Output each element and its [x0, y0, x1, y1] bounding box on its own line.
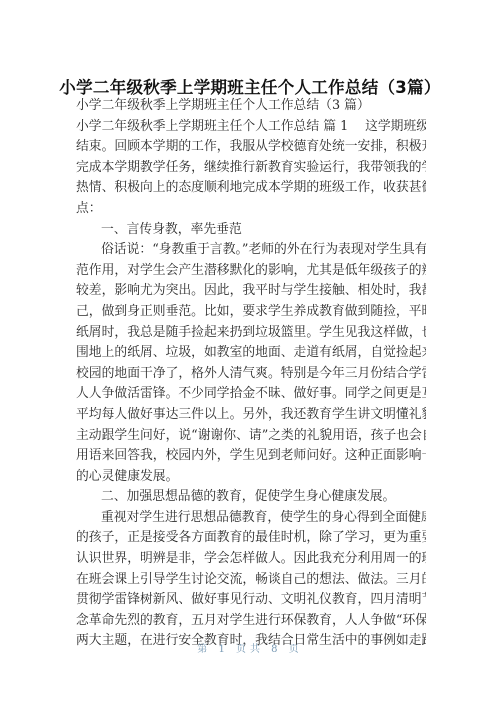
text-line: 认识世界，明辨是非，学会怎样做人。因此我充分利用周一的班队会教育课， [76, 549, 426, 570]
text-line: 小学二年级秋季上学期班主任个人工作总结 篇 1 这学期班级教学工作即将 [76, 117, 426, 138]
text-line: 二、加强思想品德的教育，促使学生身心健康发展。 [76, 487, 426, 508]
text-line: 己，做到身正则垂范。比如，要求学生养成教育做到随捡，平时，看到地上有 [76, 302, 426, 323]
text-line: 俗话说：“身教重于言教。”老师的外在行为表现对学生具有一种榜样和示 [76, 240, 426, 261]
text-line: 围地上的纸屑、垃圾，如教室的地面、走道有纸屑，自觉捡起来投入垃圾箱。 [76, 343, 426, 364]
text-line: 念革命先烈的教育，五月对学生进行环保教育，人人争做“环保小卫士”，明确 [76, 611, 426, 632]
text-line: 点： [76, 199, 426, 220]
text-line: 人人争做活雷锋。不少同学拾金不昧、做好事。同学之间更是互帮互助，班上 [76, 384, 426, 405]
document-title: 小学二年级秋季上学期班主任个人工作总结（3篇） [0, 74, 500, 98]
text-line: 重视对学生进行思想品德教育，使学生的身心得到全面健康的发展。二年级 [76, 508, 426, 529]
text-line: 用语来回答我，校园内外，学生见到老师问好。这种正面影响一定能有益学生 [76, 446, 426, 467]
document-page: 小学二年级秋季上学期班主任个人工作总结（3篇） 小学二年级秋季上学期班主任个人工… [0, 0, 500, 707]
text-line: 平均每人做好事达三件以上。另外，我还教育学生讲文明懂礼貌，那么我也会 [76, 405, 426, 426]
page-number-footer: 第 1 页共 8 页 [0, 640, 500, 655]
text-line: 一、言传身教，率先垂范 [76, 220, 426, 241]
text-line: 校园的地面干净了，格外人清气爽。特别是今年三月份结合学雷锋开展活动， [76, 364, 426, 385]
text-line: 主动跟学生问好，说“谢谢你、请”之类的礼貌用语，孩子也会自然地用礼貌 [76, 426, 426, 447]
text-line: 较差，影响尤为突出。因此，我平时与学生接触、相处时，我都严格要求自 [76, 281, 426, 302]
text-line: 的心灵健康发展。 [76, 467, 426, 488]
document-body: 小学二年级秋季上学期班主任个人工作总结（3 篇）小学二年级秋季上学期班主任个人工… [76, 96, 426, 652]
text-line: 小学二年级秋季上学期班主任个人工作总结（3 篇） [76, 96, 426, 117]
text-line: 贯彻学雷锋树新风、做好事见行动、文明礼仪教育，四月清明节对学生进行纪 [76, 590, 426, 611]
text-line: 完成本学期教学任务，继续推行新教育实验运行，我带领我的学生，以饱满的 [76, 158, 426, 179]
text-line: 在班会课上引导学生讨论交流，畅谈自己的想法、做法。三月的宣传月活动： [76, 570, 426, 591]
text-line: 纸屑时，我总是随手捡起来扔到垃圾篮里。学生见我这样做，也自觉地寻找周 [76, 323, 426, 344]
text-line: 结束。回顾本学期的工作，我服从学校德育处统一安排，积极开展班级工作。 [76, 137, 426, 158]
text-line: 的孩子，正是接受各方面教育的最佳时机，除了学习，更为重要的是教会他们 [76, 528, 426, 549]
text-line: 热情、积极向上的态度顺利地完成本学期的班级工作，收获甚微。我做好以下 [76, 178, 426, 199]
text-line: 范作用，对学生会产生潜移默化的影响，尤其是低年级孩子的辨别、自控能力 [76, 261, 426, 282]
